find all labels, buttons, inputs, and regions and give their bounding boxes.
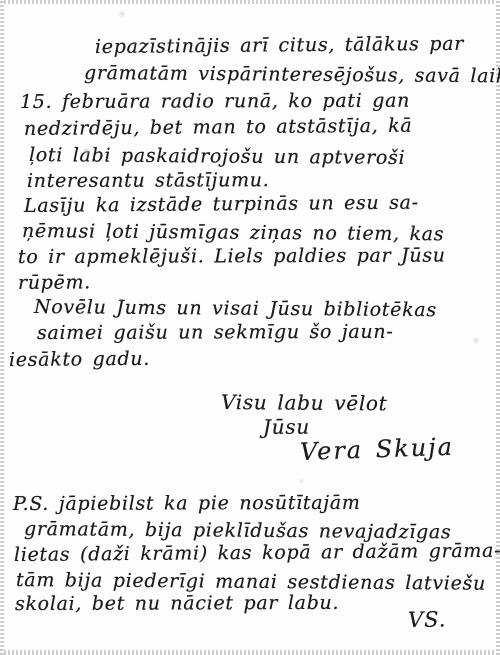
scan-speck	[474, 338, 478, 343]
scan-edge-top	[0, 0, 500, 4]
handwritten-line: Novēlu Jums un visai Jūsu bibliotēkas	[34, 298, 437, 320]
handwritten-line: saimei gaišu un sekmīgu šo jaun-	[37, 323, 393, 343]
postscript-line: skolai, bet nu nāciet par labu.	[15, 594, 339, 614]
handwritten-line: ņēmusi ļoti jūsmīgas ziņas no tiem, kas	[22, 222, 444, 244]
postscript-line: lietas (daži krāmi) kas kopā ar dažām gr…	[14, 542, 500, 565]
handwritten-line: Lasīju ka izstāde turpinās un esu sa-	[24, 194, 419, 216]
postscript-initials: VS.	[408, 609, 447, 631]
postscript-line: grāmatām, bija pieklīdušas nevajadzīgas	[24, 520, 452, 542]
scan-speck	[84, 148, 89, 155]
scanned-letter-page: iepazīstinājis arī citus, tālākus par gr…	[0, 0, 500, 655]
handwritten-line: interesantu stāstījumu.	[27, 171, 270, 191]
handwritten-line: to ir apmeklējuši. Liels paldies par Jūs…	[18, 247, 446, 267]
postscript-line: P.S. jāpiebilst ka pie nosūtītajām	[13, 494, 361, 514]
scan-edge-left	[0, 0, 4, 655]
handwritten-line: 15. februāra radio runā, ko pati gan	[20, 92, 410, 112]
handwritten-line: iesākto gadu.	[9, 350, 150, 370]
scan-speck	[120, 12, 124, 16]
handwritten-line: grāmatām vispārinteresējošus, savā laikā	[84, 64, 500, 86]
postscript-line: tām bija piederīgi manai sestdienas latv…	[16, 571, 486, 594]
closing-yours: Jūsu	[263, 417, 310, 437]
handwritten-line: nedzirdēju, bet man to atstāstīja, kā	[24, 117, 413, 139]
handwritten-line: rūpēm.	[18, 273, 91, 293]
closing-wish: Visu labu vēlot	[221, 392, 388, 413]
scan-edge-bottom	[0, 650, 500, 655]
signature: Vera Skuja	[300, 435, 455, 464]
handwritten-line: iepazīstinājis arī citus, tālākus par	[95, 35, 464, 57]
scan-speck	[300, 480, 303, 483]
